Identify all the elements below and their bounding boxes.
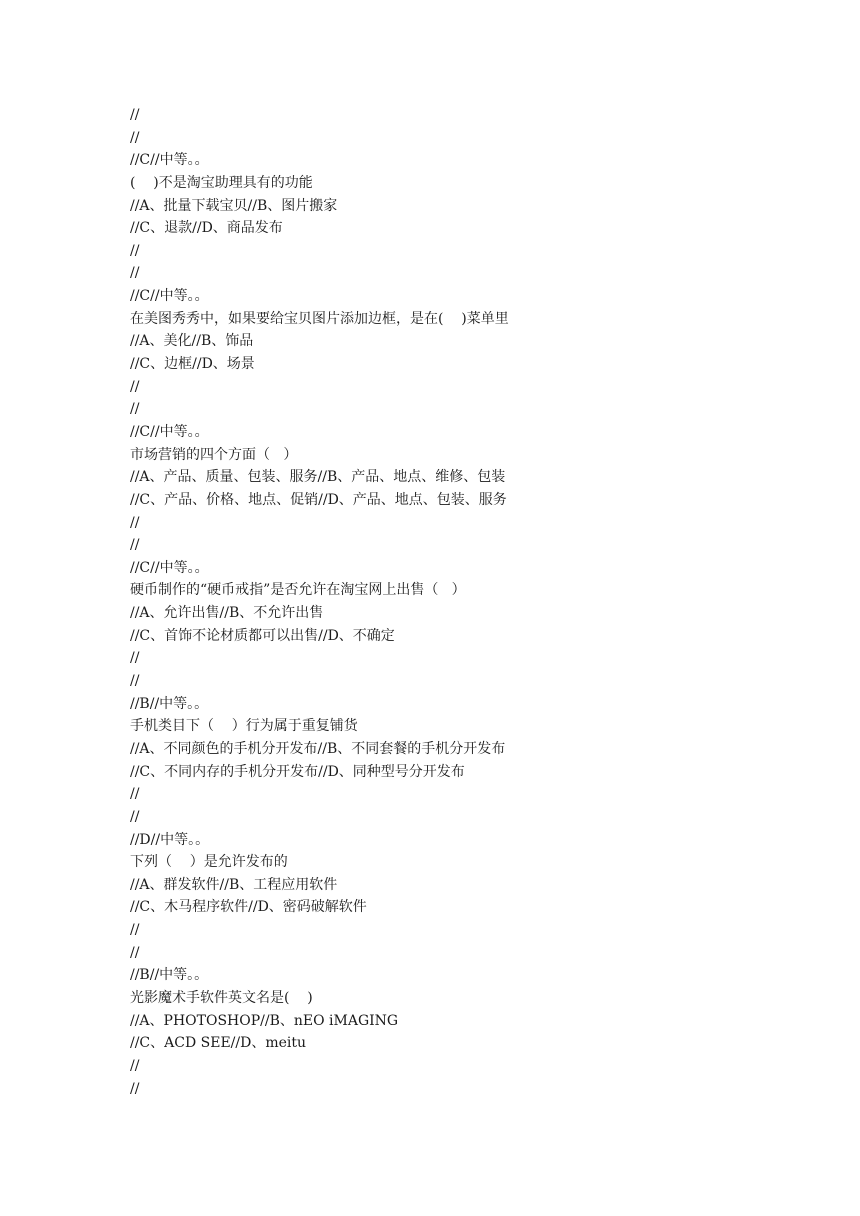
options-line: //C、不同内存的手机分开发布//D、同种型号分开发布	[130, 761, 770, 784]
answer-line: //B//中等。。	[130, 693, 770, 716]
text-line: //	[130, 104, 770, 127]
question-line: 在美图秀秀中，如果要给宝贝图片添加边框，是在( )菜单里	[130, 308, 770, 331]
question-line: 光影魔术手软件英文名是( )	[130, 987, 770, 1010]
text-line: //	[130, 670, 770, 693]
question-line: 下列（ ）是允许发布的	[130, 851, 770, 874]
options-line: //A、PHOTOSHOP//B、nEO iMAGING	[130, 1010, 770, 1033]
options-line: //C、ACD SEE//D、meitu	[130, 1032, 770, 1055]
options-line: //C、边框//D、场景	[130, 353, 770, 376]
options-line: //A、允许出售//B、不允许出售	[130, 602, 770, 625]
answer-line: //C//中等。。	[130, 557, 770, 580]
options-line: //C、首饰不论材质都可以出售//D、不确定	[130, 625, 770, 648]
options-line: //A、不同颜色的手机分开发布//B、不同套餐的手机分开发布	[130, 738, 770, 761]
text-line: //	[130, 127, 770, 150]
answer-line: //C//中等。。	[130, 285, 770, 308]
question-line: 手机类目下（ ）行为属于重复铺货	[130, 715, 770, 738]
options-line: //A、美化//B、饰品	[130, 330, 770, 353]
question-line: 硬币制作的“硬币戒指”是否允许在淘宝网上出售（ ）	[130, 579, 770, 602]
options-line: //A、产品、质量、包装、服务//B、产品、地点、维修、包装	[130, 466, 770, 489]
text-line: //	[130, 919, 770, 942]
text-line: //	[130, 240, 770, 263]
options-line: //C、退款//D、商品发布	[130, 217, 770, 240]
options-line: //C、木马程序软件//D、密码破解软件	[130, 896, 770, 919]
text-line: //	[130, 376, 770, 399]
text-line: //	[130, 262, 770, 285]
text-line: //	[130, 1055, 770, 1078]
options-line: //A、群发软件//B、工程应用软件	[130, 874, 770, 897]
text-line: //	[130, 534, 770, 557]
answer-line: //D//中等。。	[130, 829, 770, 852]
question-line: 市场营销的四个方面（ ）	[130, 444, 770, 467]
text-line: //	[130, 1078, 770, 1101]
options-line: //A、批量下载宝贝//B、图片搬家	[130, 195, 770, 218]
text-line: //	[130, 512, 770, 535]
answer-line: //B//中等。。	[130, 964, 770, 987]
question-line: ( )不是淘宝助理具有的功能	[130, 172, 770, 195]
answer-line: //C//中等。。	[130, 421, 770, 444]
document-page: // // //C//中等。。 ( )不是淘宝助理具有的功能 //A、批量下载宝…	[130, 104, 770, 1100]
text-line: //	[130, 398, 770, 421]
text-line: //	[130, 647, 770, 670]
answer-line: //C//中等。。	[130, 149, 770, 172]
text-line: //	[130, 806, 770, 829]
options-line: //C、产品、价格、地点、促销//D、产品、地点、包装、服务	[130, 489, 770, 512]
text-line: //	[130, 942, 770, 965]
text-line: //	[130, 783, 770, 806]
